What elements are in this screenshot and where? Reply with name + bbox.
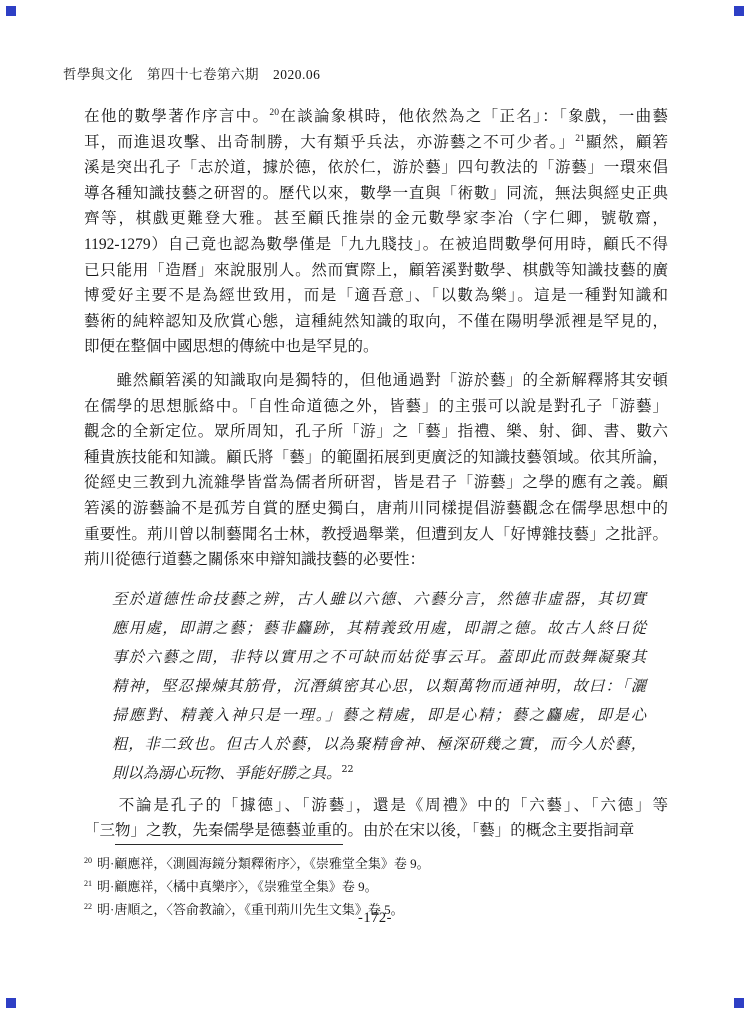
text-line: 從經史三教到九流雜學皆當為儒者所研習，皆是君子「游藝」之學的應有之義。顧 [84,470,668,496]
text-line: 博愛好主要不是為經世致用，而是「適吾意」、「以數為樂」。這是一種對知識和 [84,283,668,309]
registration-mark-bottom-left [6,998,16,1008]
text-line: 粗，非二致也。但古人於藝，以為聚精會神、極深研幾之實，而今人於藝， [112,730,646,759]
footnote-ref: 21 [575,132,585,143]
block-quote: 至於道德性命技藝之辨，古人雖以六德、六藝分言，然德非虛器，其切實應用處，即謂之藝… [112,585,646,788]
text-line: 溪是突出孔子「志於道，據於德，依於仁，游於藝」四句教法的「游藝」一環來倡 [84,155,668,181]
text-line: 觀念的全新定位。眾所周知，孔子所「游」之「藝」指禮、樂、射、御、書、數六 [84,419,668,445]
text-line: 則以為溺心玩物、爭能好勝之具。22 [112,759,646,788]
footnote-ref: 22 [341,764,353,775]
text-line: 荊川從德行道藝之關係來申辯知識技藝的必要性： [84,547,668,573]
text-line: 在他的數學著作序言中。20在談論象棋時，他依然為之「正名」：「象戲，一曲藝 [84,104,668,130]
text-line: 「三物」之教，先秦儒學是德藝並重的。由於在宋以後，「藝」的概念主要指詞章 [84,818,668,844]
text-line: 應用處，即謂之藝；藝非麤跡，其精義致用處，即謂之德。故古人終日從 [112,614,646,643]
page-number: -172- [0,910,750,927]
registration-mark-top-right [734,6,744,16]
text-line: 藝術的純粹認知及欣賞心態，這種純然知識的取向，不僅在陽明學派裡是罕見的， [84,309,668,335]
text-line: 耳，而進退攻擊、出奇制勝，大有類乎兵法，亦游藝之不可少者。」21顯然，顧箬 [84,130,668,156]
text-line: 事於六藝之間，非特以實用之不可缺而姑從事云耳。蓋即此而鼓舞凝聚其 [112,643,646,672]
footnote: 20明·顧應祥，〈測圓海鏡分類釋術序〉，《崇雅堂全集》卷 9。 [84,852,684,875]
text-line: 導各種知識技藝之研習的。歷代以來，數學一直與「術數」同流，無法與經史正典 [84,181,668,207]
registration-mark-top-left [6,6,16,16]
footnote-separator-rule [115,844,343,845]
text-line: 種貴族技能和知識。顧氏將「藝」的範圍拓展到更廣泛的知識技藝領域。依其所論， [84,445,668,471]
text-line: 至於道德性命技藝之辨，古人雖以六德、六藝分言，然德非虛器，其切實 [112,585,646,614]
text-line: 掃應對、精義入神只是一理。」藝之精處，即是心精；藝之麤處，即是心 [112,701,646,730]
footnote-number: 20 [84,856,92,865]
footnote-number: 21 [84,879,92,888]
paragraph: 不論是孔子的「據德」、「游藝」，還是《周禮》中的「六藝」、「六德」等「三物」之教… [84,793,668,844]
footnote: 21明·顧應祥，〈橘中真樂序〉，《崇雅堂全集》卷 9。 [84,875,684,898]
text-line: 重要性。荊川曾以制藝聞名士林，教授過舉業，但遭到友人「好博雜技藝」之批評。 [84,522,668,548]
footnote-text: 明·顧應祥，〈測圓海鏡分類釋術序〉，《崇雅堂全集》卷 9。 [97,856,430,871]
text-line: 已只能用「造曆」來說服別人。然而實際上，顧箬溪對數學、棋戲等知識技藝的廣 [84,258,668,284]
text-line: 精神，堅忍操煉其筋骨，沉潛縝密其心思，以類萬物而通神明，故曰：「灑 [112,672,646,701]
text-line: 箬溪的游藝論不是孤芳自賞的歷史獨白，唐荊川同樣提倡游藝觀念在儒學思想中的 [84,496,668,522]
article-body: 在他的數學著作序言中。20在談論象棋時，他依然為之「正名」：「象戲，一曲藝耳，而… [84,104,668,844]
text-line: 在儒學的思想脈絡中。「自性命道德之外，皆藝」的主張可以說是對孔子「游藝」 [84,394,668,420]
text-line: 齊等，棋戲更難登大雅。甚至顧氏推崇的金元數學家李冶（字仁卿，號敬齋， [84,206,668,232]
journal-header: 哲學與文化 第四十七卷第六期 2020.06 [63,63,320,83]
text-line: 雖然顧箬溪的知識取向是獨特的，但他通過對「游於藝」的全新解釋將其安頓 [84,368,668,394]
text-line: 不論是孔子的「據德」、「游藝」，還是《周禮》中的「六藝」、「六德」等 [84,793,668,819]
footnote-ref: 20 [269,107,279,118]
registration-mark-bottom-right [734,998,744,1008]
paragraph: 在他的數學著作序言中。20在談論象棋時，他依然為之「正名」：「象戲，一曲藝耳，而… [84,104,668,360]
paragraph: 雖然顧箬溪的知識取向是獨特的，但他通過對「游於藝」的全新解釋將其安頓在儒學的思想… [84,368,668,573]
footnote-text: 明·顧應祥，〈橘中真樂序〉，《崇雅堂全集》卷 9。 [97,879,378,894]
text-line: 即便在整個中國思想的傳統中也是罕見的。 [84,334,668,360]
text-line: 1192-1279）自己竟也認為數學僅是「九九賤技」。在被追問數學何用時，顧氏不… [84,232,668,258]
